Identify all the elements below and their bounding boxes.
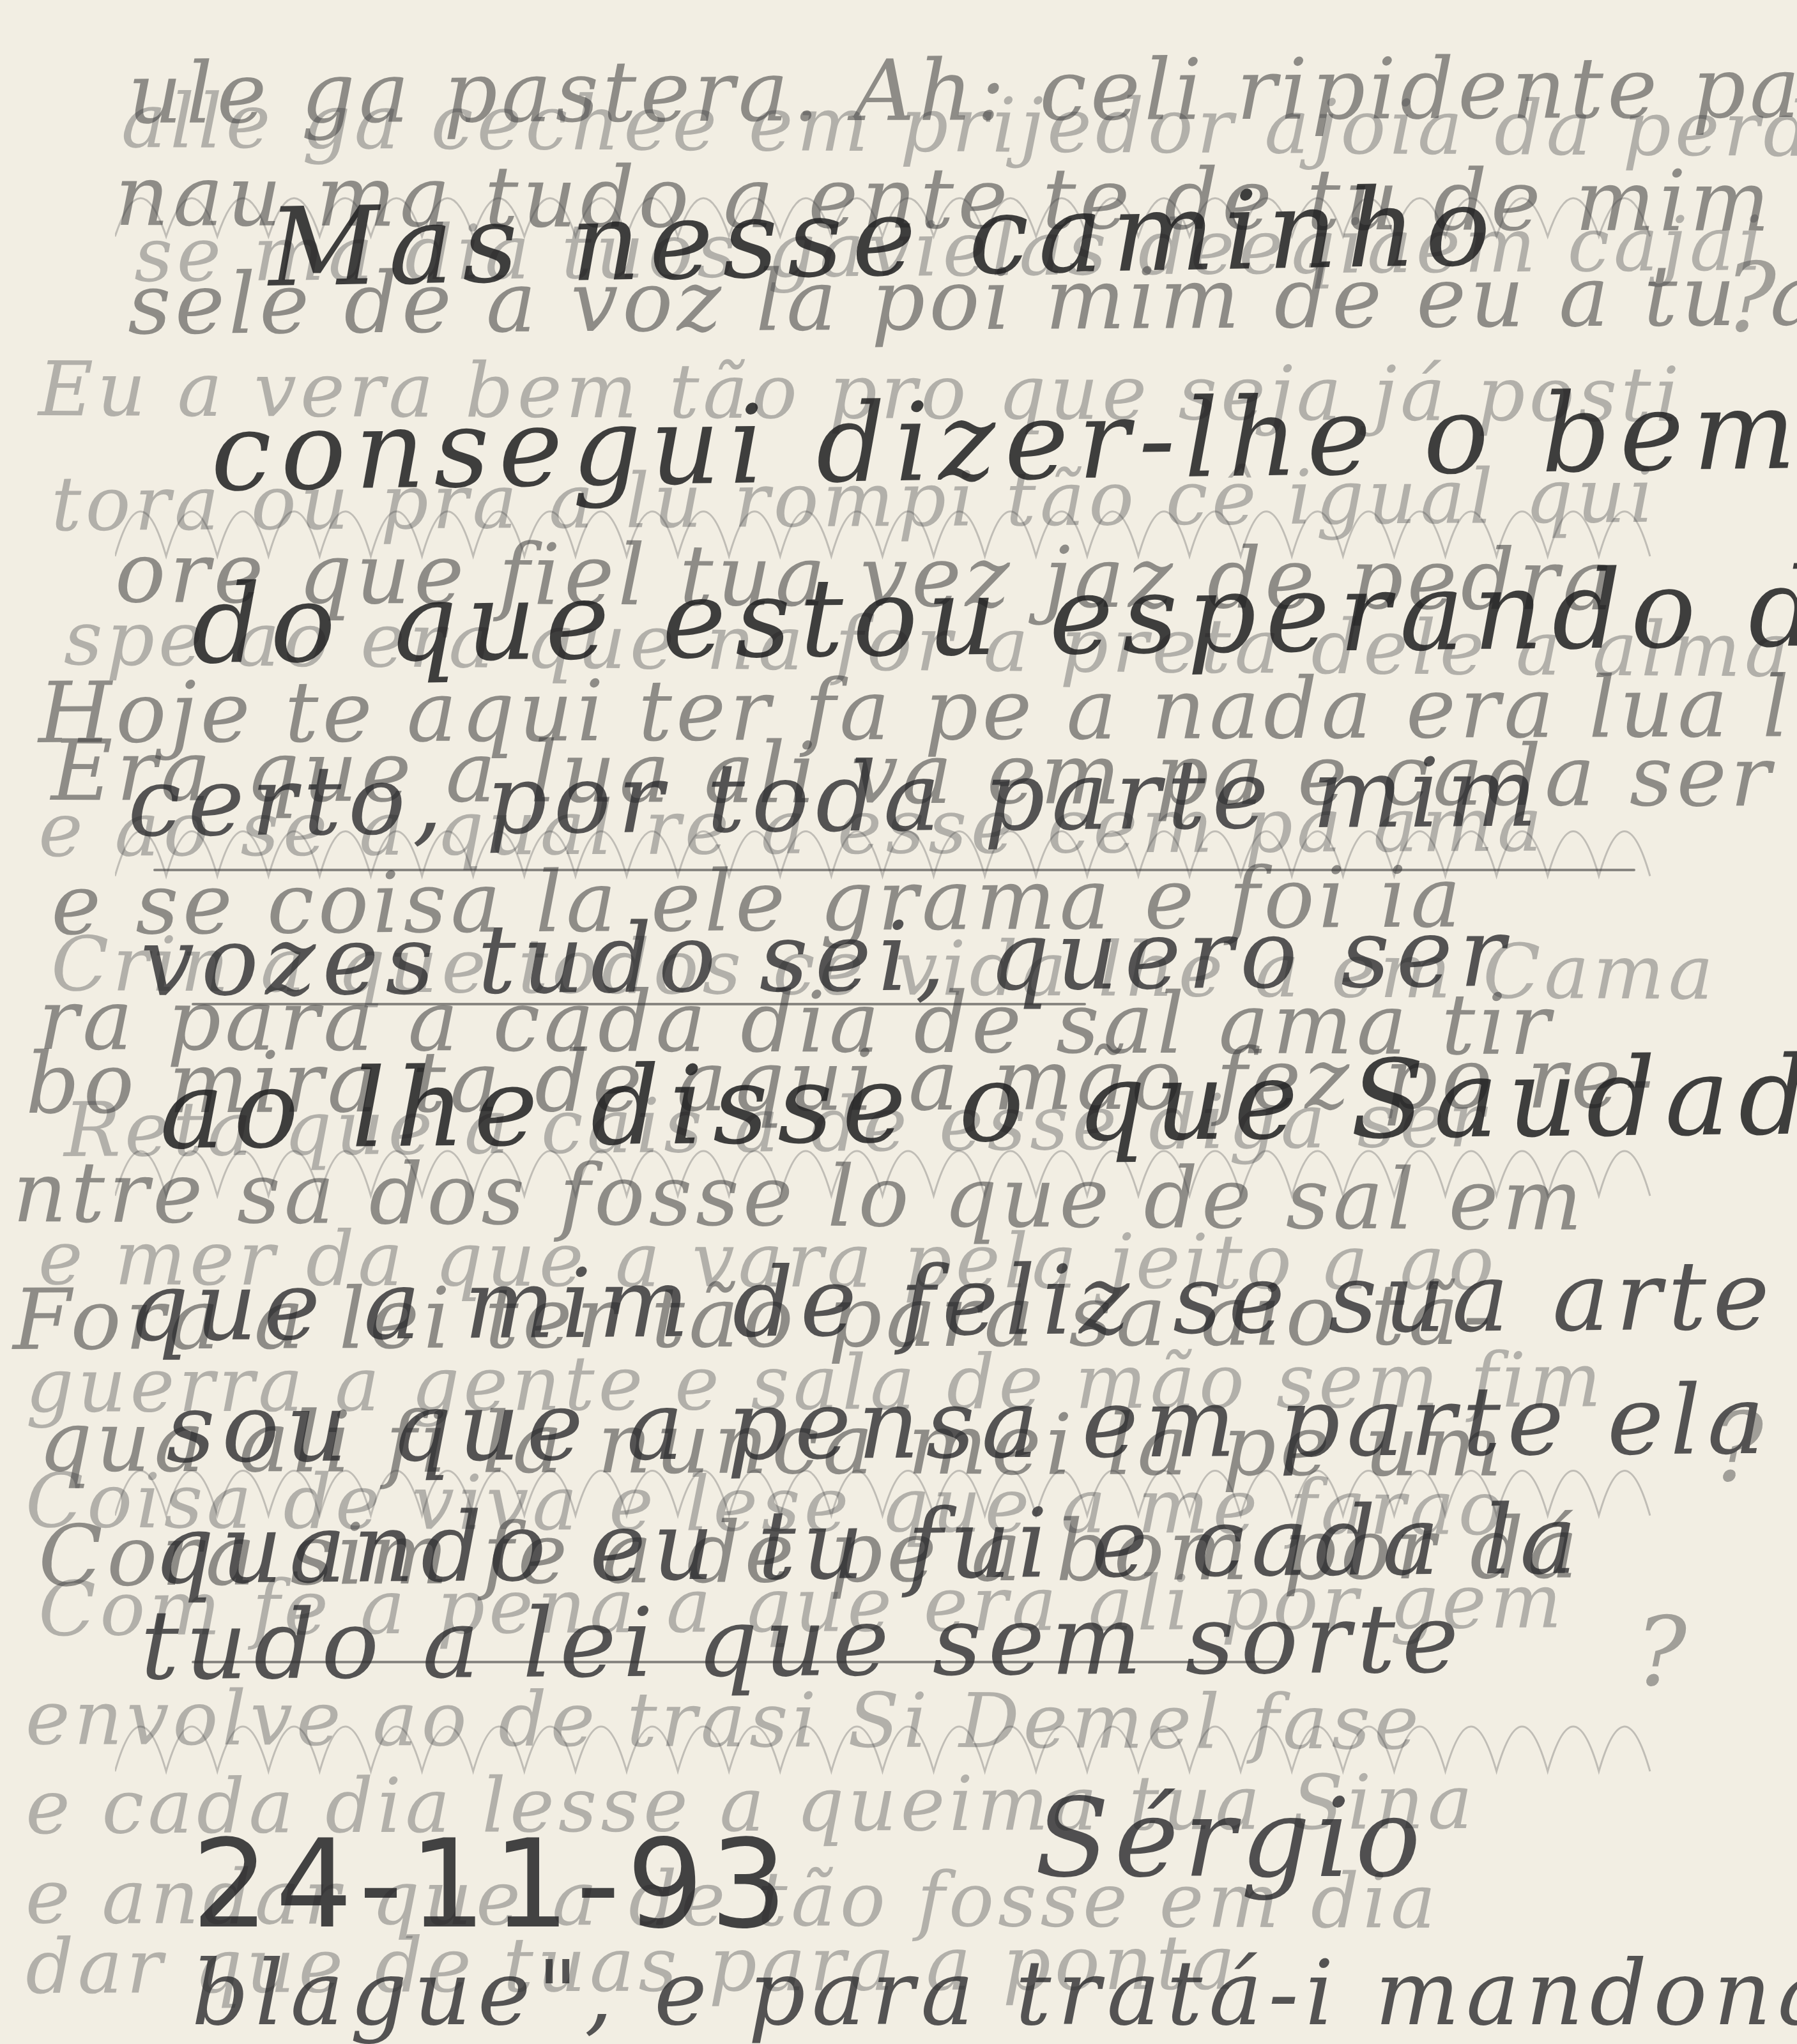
question-mark: ? (1712, 1392, 1763, 1504)
signature: Sérgio (1035, 1776, 1426, 1902)
question-mark: ? (1725, 243, 1776, 354)
date-inscription: 24-11-93 (192, 1814, 793, 1955)
loop-scribble-overlay (115, 109, 1682, 1970)
question-mark: ? (1635, 1597, 1686, 1708)
